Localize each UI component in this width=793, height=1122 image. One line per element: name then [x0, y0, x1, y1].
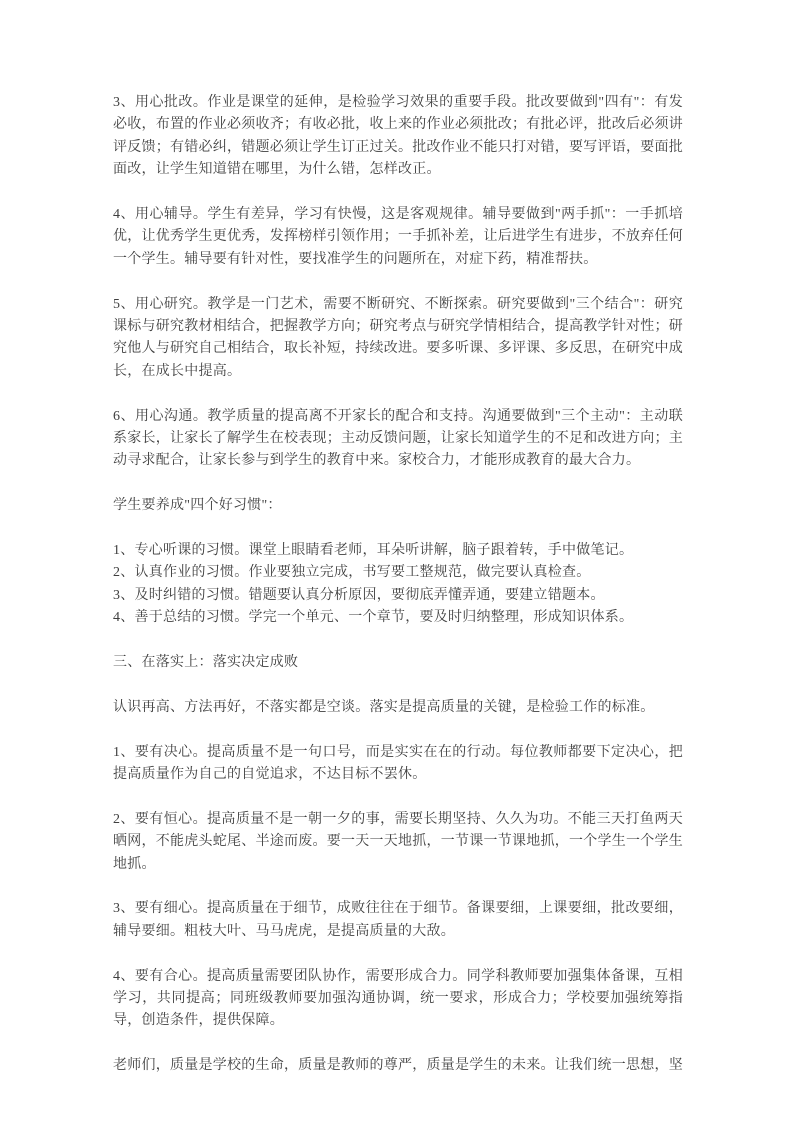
paragraph-determination: 1、要有决心。提高质量不是一句口号，而是实实在在的行动。每位教师都要下定决心，把… — [113, 742, 683, 787]
habits-intro: 学生要养成"四个好习惯"： — [113, 495, 683, 517]
habit-item-homework: 2、认真作业的习惯。作业要独立完成，书写要工整规范，做完要认真检查。 — [113, 562, 683, 584]
section-intro: 认识再高、方法再好，不落实都是空谈。落实是提高质量的关键，是检验工作的标准。 — [113, 697, 683, 719]
habit-item-summary: 4、善于总结的习惯。学完一个单元、一个章节，要及时归纳整理，形成知识体系。 — [113, 607, 683, 629]
habit-item-correction: 3、及时纠错的习惯。错题要认真分析原因，要彻底弄懂弄通，要建立错题本。 — [113, 585, 683, 607]
paragraph-careful-research: 5、用心研究。教学是一门艺术，需要不断研究、不断探索。研究要做到"三个结合"：研… — [113, 294, 683, 384]
habit-item-listening: 1、专心听课的习惯。课堂上眼睛看老师，耳朵听讲解，脑子跟着转，手中做笔记。 — [113, 540, 683, 562]
paragraph-cooperation: 4、要有合心。提高质量需要团队协作，需要形成合力。同学科教师要加强集体备课，互相… — [113, 966, 683, 1033]
paragraph-perseverance: 2、要有恒心。提高质量不是一朝一夕的事，需要长期坚持、久久为功。不能三天打鱼两天… — [113, 809, 683, 876]
closing-paragraph: 老师们，质量是学校的生命，质量是教师的尊严，质量是学生的未来。让我们统一思想，坚 — [113, 1055, 683, 1077]
paragraph-careful-grading: 3、用心批改。作业是课堂的延伸，是检验学习效果的重要手段。批改要做到"四有"：有… — [113, 92, 683, 182]
habits-list: 1、专心听课的习惯。课堂上眼睛看老师，耳朵听讲解，脑子跟着转，手中做笔记。 2、… — [113, 540, 683, 630]
section-heading-implementation: 三、在落实上：落实决定成败 — [113, 652, 683, 674]
document-page: 3、用心批改。作业是课堂的延伸，是检验学习效果的重要手段。批改要做到"四有"：有… — [0, 0, 793, 1122]
paragraph-attentiveness: 3、要有细心。提高质量在于细节，成败往往在于细节。备课要细，上课要细，批改要细，… — [113, 898, 683, 943]
paragraph-careful-communication: 6、用心沟通。教学质量的提高离不开家长的配合和支持。沟通要做到"三个主动"：主动… — [113, 406, 683, 473]
paragraph-careful-tutoring: 4、用心辅导。学生有差异，学习有快慢，这是客观规律。辅导要做到"两手抓"：一手抓… — [113, 204, 683, 271]
